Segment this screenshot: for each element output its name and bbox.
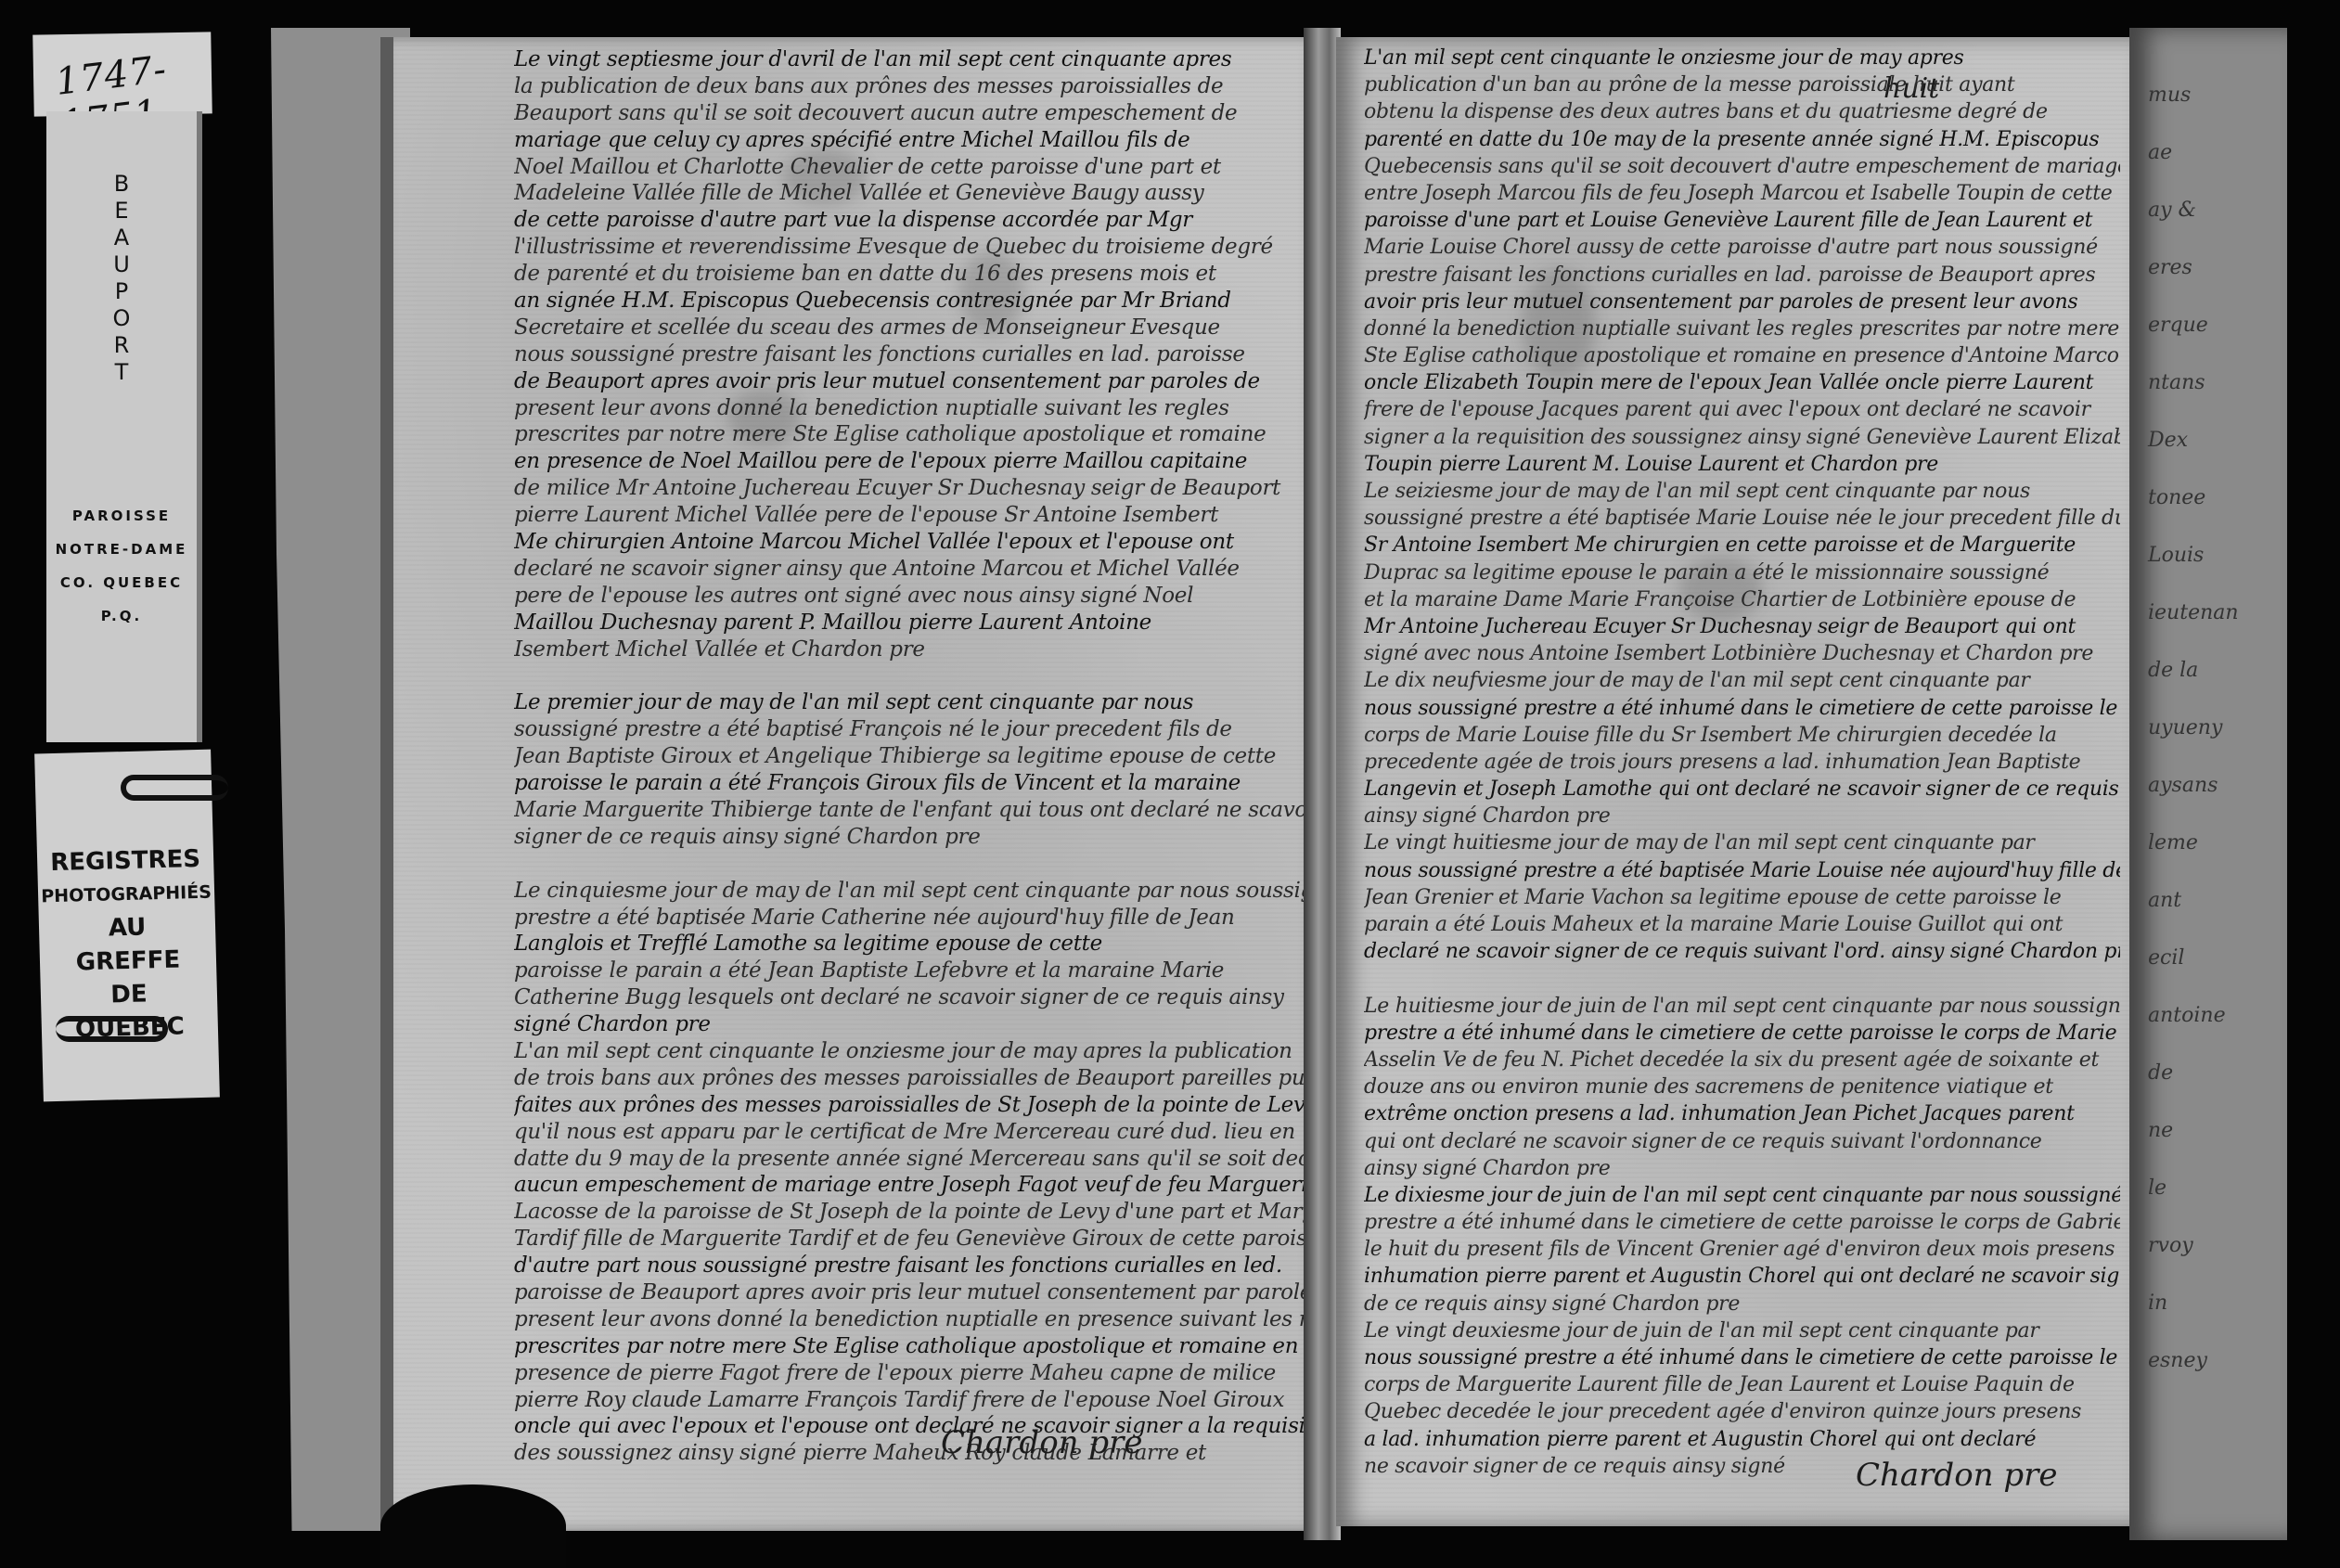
paper-clip-icon (121, 775, 228, 801)
register-line: la publication de deux bans aux prônes d… (514, 73, 1312, 100)
folded-text-fragment: leme (2148, 831, 2198, 855)
register-line: signer de ce requis ainsy signé Chardon … (514, 824, 1312, 851)
register-line: Sr Antoine Isembert Me chirurgien en cet… (1364, 532, 2120, 559)
folded-text-fragment: erque (2148, 314, 2208, 337)
register-line: nous soussigné prestre a été baptisée Ma… (1364, 857, 2120, 884)
parish-name-vertical: B E A U P O R T (46, 171, 197, 386)
register-line: de cette paroisse d'autre part vue la di… (514, 207, 1312, 234)
register-line: Le vingt huitiesme jour de may de l'an m… (1364, 829, 2120, 856)
parish-province: P.Q. (46, 599, 197, 633)
register-line: nous soussigné prestre a été inhumé dans… (1364, 695, 2120, 722)
register-line: present leur avons donné la benediction … (514, 1306, 1312, 1333)
archive-note-line: DE (41, 975, 218, 1013)
register-line: avoir pris leur mutuel consentement par … (1364, 289, 2120, 315)
folded-text-fragment: Dex (2148, 429, 2188, 452)
register-line: des soussignez ainsy signé pierre Maheux… (514, 1440, 1312, 1467)
register-line: Lacosse de la paroisse de St Joseph de l… (514, 1199, 1312, 1226)
register-line: frere de l'epouse Jacques parent qui ave… (1364, 396, 2120, 423)
register-line: soussigné prestre a été baptisée Marie L… (1364, 505, 2120, 532)
register-line (514, 662, 1312, 689)
register-line: Noel Maillou et Charlotte Chevalier de c… (514, 154, 1312, 181)
register-line: Langlois et Trefflé Lamothe sa legitime … (514, 931, 1312, 958)
register-line: prestre faisant les fonctions curialles … (1364, 262, 2120, 289)
folded-page-edge: musaeay &ereserquentansDextoneeLouisieut… (2129, 28, 2287, 1540)
register-line: prescrites par notre mere Ste Eglise cat… (514, 421, 1312, 448)
register-line: presence de pierre Fagot frere de l'epou… (514, 1360, 1312, 1387)
register-line: oncle Elizabeth Toupin mere de l'epoux J… (1364, 369, 2120, 396)
parish-letter: E (46, 198, 197, 225)
register-line: signé Chardon pre (514, 1011, 1312, 1038)
register-line: declaré ne scavoir signer ainsy que Anto… (514, 556, 1312, 583)
register-line: Le cinquiesme jour de may de l'an mil se… (514, 878, 1312, 905)
register-line: Le seiziesme jour de may de l'an mil sep… (1364, 478, 2120, 505)
folded-text-fragment: tonee (2148, 486, 2205, 509)
register-line: Le huitiesme jour de juin de l'an mil se… (1364, 993, 2120, 1020)
register-line: pierre Laurent Michel Vallée pere de l'e… (514, 502, 1312, 529)
folded-text-fragment: Louis (2148, 544, 2204, 567)
register-line: de milice Mr Antoine Juchereau Ecuyer Sr… (514, 475, 1312, 502)
register-line: Le vingt septiesme jour d'avril de l'an … (514, 46, 1312, 73)
register-line: qu'il nous est apparu par le certificat … (514, 1119, 1312, 1146)
parish-letter: R (46, 332, 197, 359)
register-line: nous soussigné prestre a été inhumé dans… (1364, 1344, 2120, 1371)
folded-text-fragment: de (2148, 1061, 2173, 1085)
register-line: en presence de Noel Maillou pere de l'ep… (514, 448, 1312, 475)
folded-text-fragment: le (2148, 1176, 2166, 1200)
folded-text-fragment: ne (2148, 1119, 2173, 1142)
register-line: Langevin et Joseph Lamothe qui ont decla… (1364, 776, 2120, 803)
register-line: aucun empeschement de mariage entre Jose… (514, 1172, 1312, 1199)
priest-signature: Chardon pre (1856, 1457, 2058, 1494)
register-line: prestre a été inhumé dans le cimetiere d… (1364, 1209, 2120, 1236)
parish-letter: A (46, 225, 197, 251)
register-line: Quebecensis sans qu'il se soit decouvert… (1364, 153, 2120, 180)
register-line: Le premier jour de may de l'an mil sept … (514, 689, 1312, 716)
book-gutter (1304, 28, 1341, 1540)
parish-letter: U (46, 251, 197, 278)
register-line: Le dixiesme jour de juin de l'an mil sep… (1364, 1182, 2120, 1209)
parish-letter: O (46, 305, 197, 332)
register-line: Le dix neufviesme jour de may de l'an mi… (1364, 667, 2120, 694)
register-line: signer a la requisition des soussignez a… (1364, 424, 2120, 451)
parish-patron: NOTRE-DAME (46, 533, 197, 566)
right-page-text: L'an mil sept cent cinquante le onziesme… (1364, 45, 2120, 1480)
parish-letter: P (46, 278, 197, 305)
register-line: ainsy signé Chardon pre (1364, 803, 2120, 829)
register-line: de trois bans aux prônes des messes paro… (514, 1065, 1312, 1092)
register-line: Quebec decedée le jour precedent agée d'… (1364, 1398, 2120, 1425)
parish-letter: B (46, 171, 197, 198)
priest-signature: Chardon pre (941, 1424, 1143, 1461)
parish-type: PAROISSE (46, 499, 197, 533)
register-line: Me chirurgien Antoine Marcou Michel Vall… (514, 529, 1312, 556)
register-line (514, 851, 1312, 878)
register-line: paroisse le parain a été Jean Baptiste L… (514, 958, 1312, 984)
folded-text-fragment: uyueny (2148, 716, 2222, 739)
register-line: publication d'un ban au prône de la mess… (1364, 71, 2120, 98)
folded-text-fragment: in (2148, 1292, 2167, 1315)
register-line: pierre Roy claude Lamarre François Tardi… (514, 1387, 1312, 1414)
register-line: Jean Baptiste Giroux et Angelique Thibie… (514, 743, 1312, 770)
folded-text-fragment: ant (2148, 889, 2181, 912)
register-line: L'an mil sept cent cinquante le onziesme… (514, 1038, 1312, 1065)
register-line: Marie Louise Chorel aussy de cette paroi… (1364, 234, 2120, 261)
left-page: Le vingt septiesme jour d'avril de l'an … (380, 37, 1321, 1531)
folded-text-fragment: ieutenan (2148, 601, 2239, 624)
register-line: precedente agée de trois jours presens a… (1364, 749, 2120, 776)
register-line: pere de l'epouse les autres ont signé av… (514, 583, 1312, 610)
archive-note-line: PHOTOGRAPHIÉS (38, 876, 215, 914)
register-line: donné la benediction nuptialle suivant l… (1364, 315, 2120, 342)
register-line: parain a été Louis Maheux et la maraine … (1364, 911, 2120, 938)
register-line: soussigné prestre a été baptisé François… (514, 716, 1312, 743)
paper-clip-icon (56, 1016, 168, 1042)
folded-text-fragment: eres (2148, 256, 2192, 279)
register-line: et la maraine Dame Marie Françoise Chart… (1364, 586, 2120, 613)
register-line: qui ont declaré ne scavoir signer de ce … (1364, 1128, 2120, 1155)
register-line: parenté en datte du 10e may de la presen… (1364, 126, 2120, 153)
register-line: Secretaire et scellée du sceau des armes… (514, 315, 1312, 341)
archive-note-card: REGISTRES PHOTOGRAPHIÉS AU GREFFE DE QUE… (34, 750, 220, 1102)
register-line: douze ans ou environ munie des sacremens… (1364, 1073, 2120, 1100)
register-line: ainsy signé Chardon pre (1364, 1155, 2120, 1182)
archive-note-line: GREFFE (40, 943, 217, 981)
register-line: declaré ne scavoir signer de ce requis s… (1364, 938, 2120, 965)
folded-text-fragment: mus (2148, 84, 2191, 107)
register-line: Asselin Ve de feu N. Pichet decedée la s… (1364, 1047, 2120, 1073)
register-line: entre Joseph Marcou fils de feu Joseph M… (1364, 180, 2120, 207)
archive-note-line: AU (39, 909, 216, 947)
folded-text-fragment: ae (2148, 141, 2172, 164)
register-line: Ste Eglise catholique apostolique et rom… (1364, 342, 2120, 369)
register-line: corps de Marie Louise fille du Sr Isembe… (1364, 722, 2120, 749)
register-line: paroisse de Beauport apres avoir pris le… (514, 1279, 1312, 1306)
register-line: an signée H.M. Episcopus Quebecensis con… (514, 288, 1312, 315)
register-line: l'illustrissime et reverendissime Evesqu… (514, 234, 1312, 261)
register-line: de Beauport apres avoir pris leur mutuel… (514, 368, 1312, 395)
register-line: inhumation pierre parent et Augustin Cho… (1364, 1263, 2120, 1290)
folded-text-fragment: antoine (2148, 1004, 2226, 1027)
register-line: Jean Grenier et Marie Vachon sa legitime… (1364, 884, 2120, 911)
register-line: prestre a été baptisée Marie Catherine n… (514, 905, 1312, 932)
parish-county: CO. QUEBEC (46, 566, 197, 599)
register-line: L'an mil sept cent cinquante le onziesme… (1364, 45, 2120, 71)
register-line: Tardif fille de Marguerite Tardif et de … (514, 1226, 1312, 1253)
register-line: signé avec nous Antoine Isembert Lotbini… (1364, 640, 2120, 667)
archive-note-line: REGISTRES (37, 842, 214, 880)
register-line: paroisse le parain a été François Giroux… (514, 770, 1312, 797)
register-line: Beauport sans qu'il se soit decouvert au… (514, 100, 1312, 127)
register-line: Mr Antoine Juchereau Ecuyer Sr Duchesnay… (1364, 613, 2120, 640)
register-line: mariage que celuy cy apres spécifié entr… (514, 127, 1312, 154)
folded-text-fragment: rvoy (2148, 1234, 2193, 1257)
register-line: Le vingt deuxiesme jour de juin de l'an … (1364, 1317, 2120, 1344)
register-line: Duprac sa legitime epouse le parain a ét… (1364, 559, 2120, 586)
left-page-text: Le vingt septiesme jour d'avril de l'an … (514, 46, 1312, 1467)
register-line: faites aux prônes des messes paroissiall… (514, 1092, 1312, 1119)
folded-text-fragment: ecil (2148, 946, 2184, 970)
register-line: d'autre part nous soussigné prestre fais… (514, 1253, 1312, 1279)
folded-text-fragment: ay & (2148, 199, 2196, 222)
register-line: de parenté et du troisieme ban en datte … (514, 261, 1312, 288)
register-line: Catherine Bugg lesquels ont declaré ne s… (514, 984, 1312, 1011)
register-line: prestre a été inhumé dans le cimetiere d… (1364, 1020, 2120, 1047)
register-line: de ce requis ainsy signé Chardon pre (1364, 1291, 2120, 1317)
register-line: Maillou Duchesnay parent P. Maillou pier… (514, 610, 1312, 636)
register-line: extrême onction presens a lad. inhumatio… (1364, 1100, 2120, 1127)
register-line: le huit du present fils de Vincent Greni… (1364, 1236, 2120, 1263)
folded-text-fragment: aysans (2148, 774, 2218, 797)
register-line: oncle qui avec l'epoux et l'epouse ont d… (514, 1413, 1312, 1440)
parish-details: PAROISSE NOTRE-DAME CO. QUEBEC P.Q. (46, 499, 197, 633)
parish-letter: T (46, 359, 197, 386)
register-line: obtenu la dispense des deux autres bans … (1364, 98, 2120, 125)
register-line: Madeleine Vallée fille de Michel Vallée … (514, 180, 1312, 207)
register-line: corps de Marguerite Laurent fille de Jea… (1364, 1371, 2120, 1398)
folded-text-fragment: de la (2148, 659, 2198, 682)
register-line (1364, 965, 2120, 992)
register-line: datte du 9 may de la presente année sign… (514, 1146, 1312, 1173)
register-line: paroisse d'une part et Louise Geneviève … (1364, 207, 2120, 234)
right-page: huit L'an mil sept cent cinquante le onz… (1336, 37, 2129, 1526)
register-line: Isembert Michel Vallée et Chardon pre (514, 636, 1312, 663)
folded-text-fragment: ntans (2148, 371, 2205, 394)
register-line: Toupin pierre Laurent M. Louise Laurent … (1364, 451, 2120, 478)
parish-label-strip: B E A U P O R T PAROISSE NOTRE-DAME CO. … (46, 111, 202, 742)
register-line: a lad. inhumation pierre parent et Augus… (1364, 1426, 2120, 1453)
register-line: present leur avons donné la benediction … (514, 395, 1312, 422)
register-line: prescrites par notre mere Ste Eglise cat… (514, 1333, 1312, 1360)
folded-text-fragment: esney (2148, 1349, 2207, 1372)
date-range-tab: 1747-1751 (32, 32, 212, 116)
register-line: Marie Marguerite Thibierge tante de l'en… (514, 797, 1312, 824)
register-line: nous soussigné prestre faisant les fonct… (514, 341, 1312, 368)
page-damage (380, 1484, 566, 1568)
